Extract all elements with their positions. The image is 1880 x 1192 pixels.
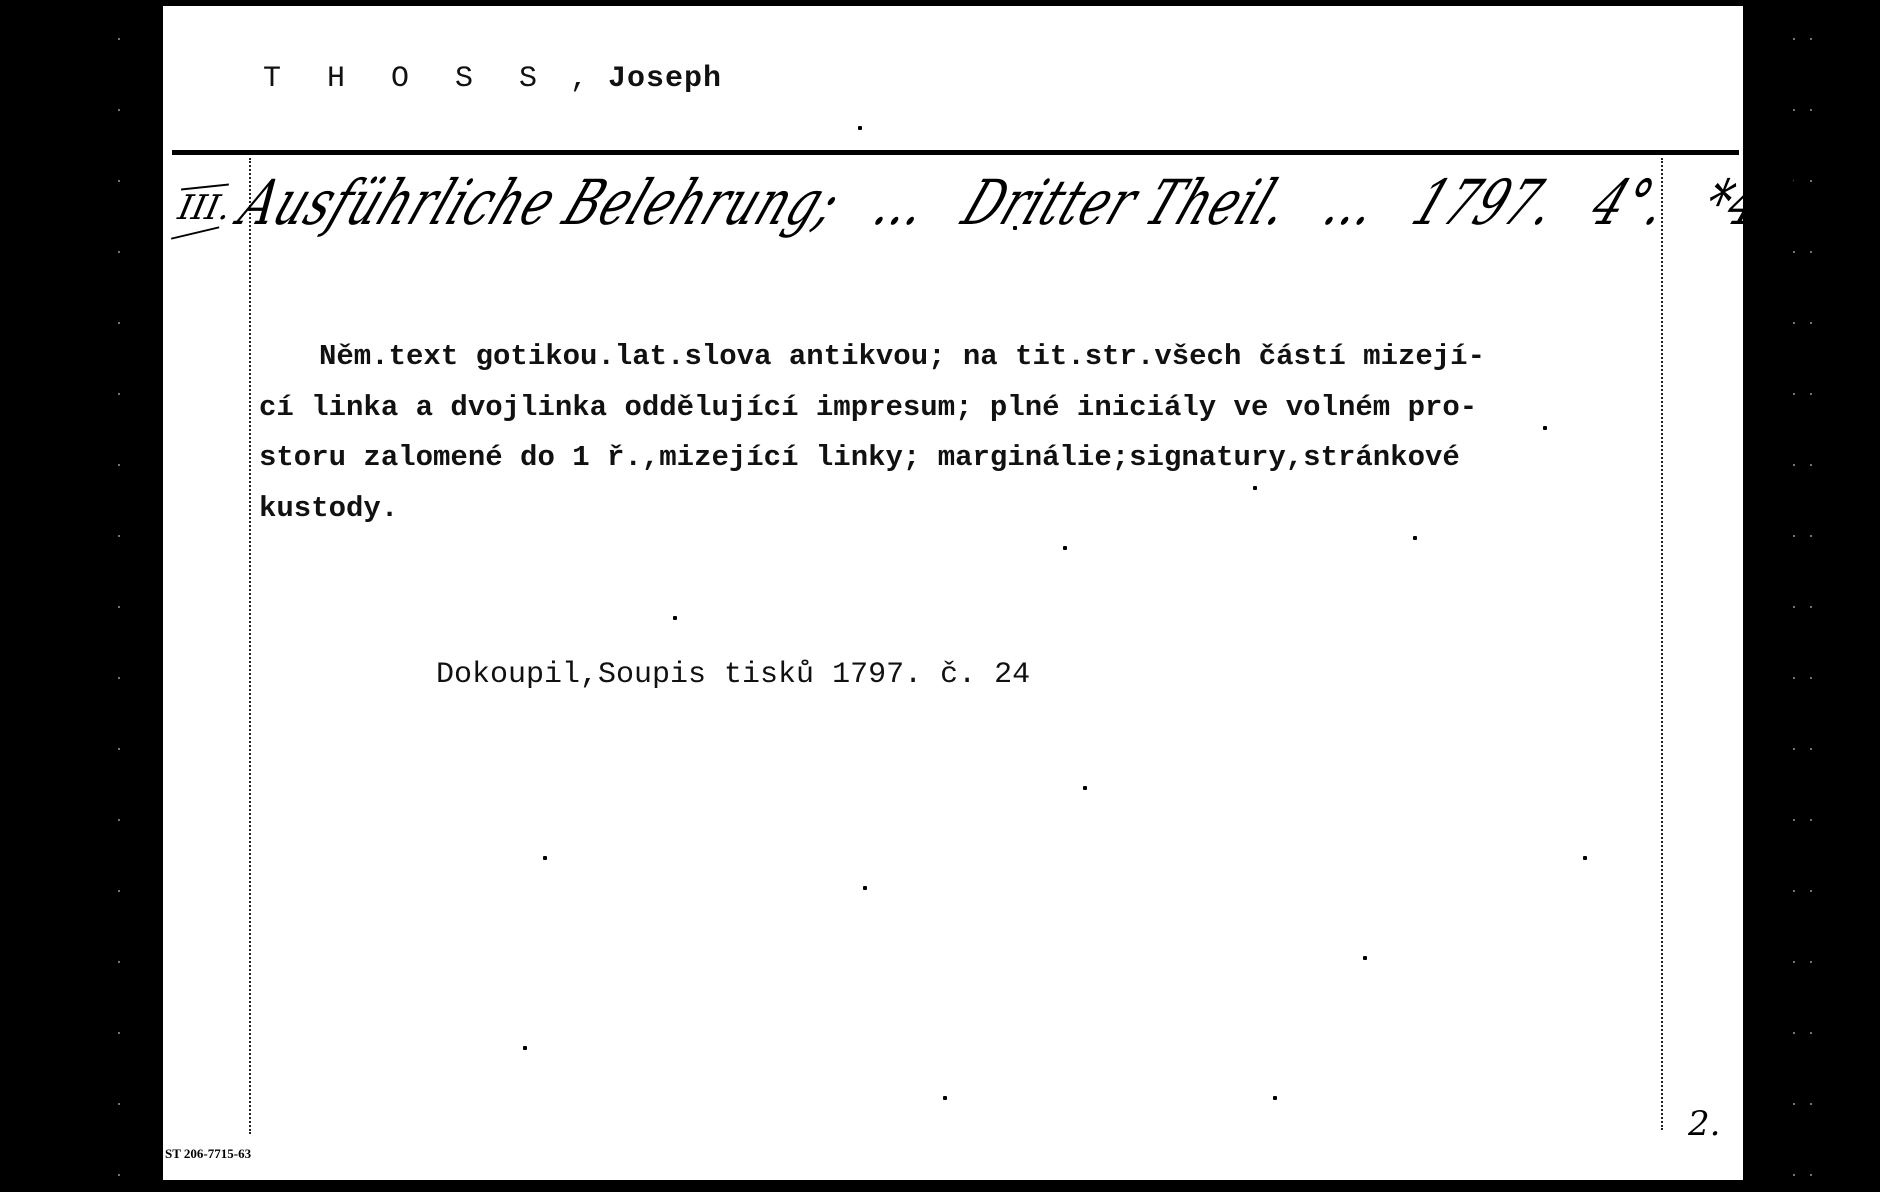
- handwritten-title-part: Dritter Theil.: [953, 166, 1302, 239]
- description-line: cí linka a dvojlinka oddělující impresum…: [259, 383, 1654, 434]
- heading-rule: [172, 150, 1739, 155]
- author-given-name: Joseph: [608, 62, 722, 96]
- heading-separator: ,: [551, 62, 608, 96]
- print-code: ST 206-7715-63: [165, 1146, 251, 1162]
- handwritten-title-part: *4 [=IV] Bl.: [1693, 166, 1880, 239]
- handwritten-title-part: ...: [864, 166, 940, 239]
- handwritten-title-part: ...: [1314, 166, 1390, 239]
- volume-mark: III.: [175, 188, 235, 228]
- author-surname: T H O S S: [263, 62, 551, 96]
- card-number: 2.: [1688, 1104, 1720, 1144]
- left-margin-dotted-line: [249, 158, 251, 1134]
- handwritten-title-part: 4°.: [1581, 166, 1680, 239]
- description-text: Něm.text gotikou.lat.slova antikvou; na …: [259, 332, 1654, 534]
- description-line: kustody.: [259, 484, 1654, 535]
- handwritten-title: Ausführliche Belehrung; ... Dritter Thei…: [230, 166, 1659, 239]
- author-heading: T H O S S , Joseph: [263, 62, 722, 96]
- description-line: storu zalomené do 1 ř.,mizející linky; m…: [259, 433, 1654, 484]
- scan-margin-specks: [118, 0, 120, 1192]
- description-line: Něm.text gotikou.lat.slova antikvou; na …: [259, 332, 1654, 383]
- handwritten-title-part: 1797.: [1403, 166, 1569, 239]
- catalog-card: T H O S S , Joseph III. Ausführliche Bel…: [163, 6, 1743, 1180]
- right-margin-dotted-line: [1661, 158, 1663, 1130]
- handwritten-title-part: Ausführliche Belehrung;: [230, 166, 853, 239]
- bibliographic-citation: Dokoupil,Soupis tisků 1797. č. 24: [436, 658, 1030, 692]
